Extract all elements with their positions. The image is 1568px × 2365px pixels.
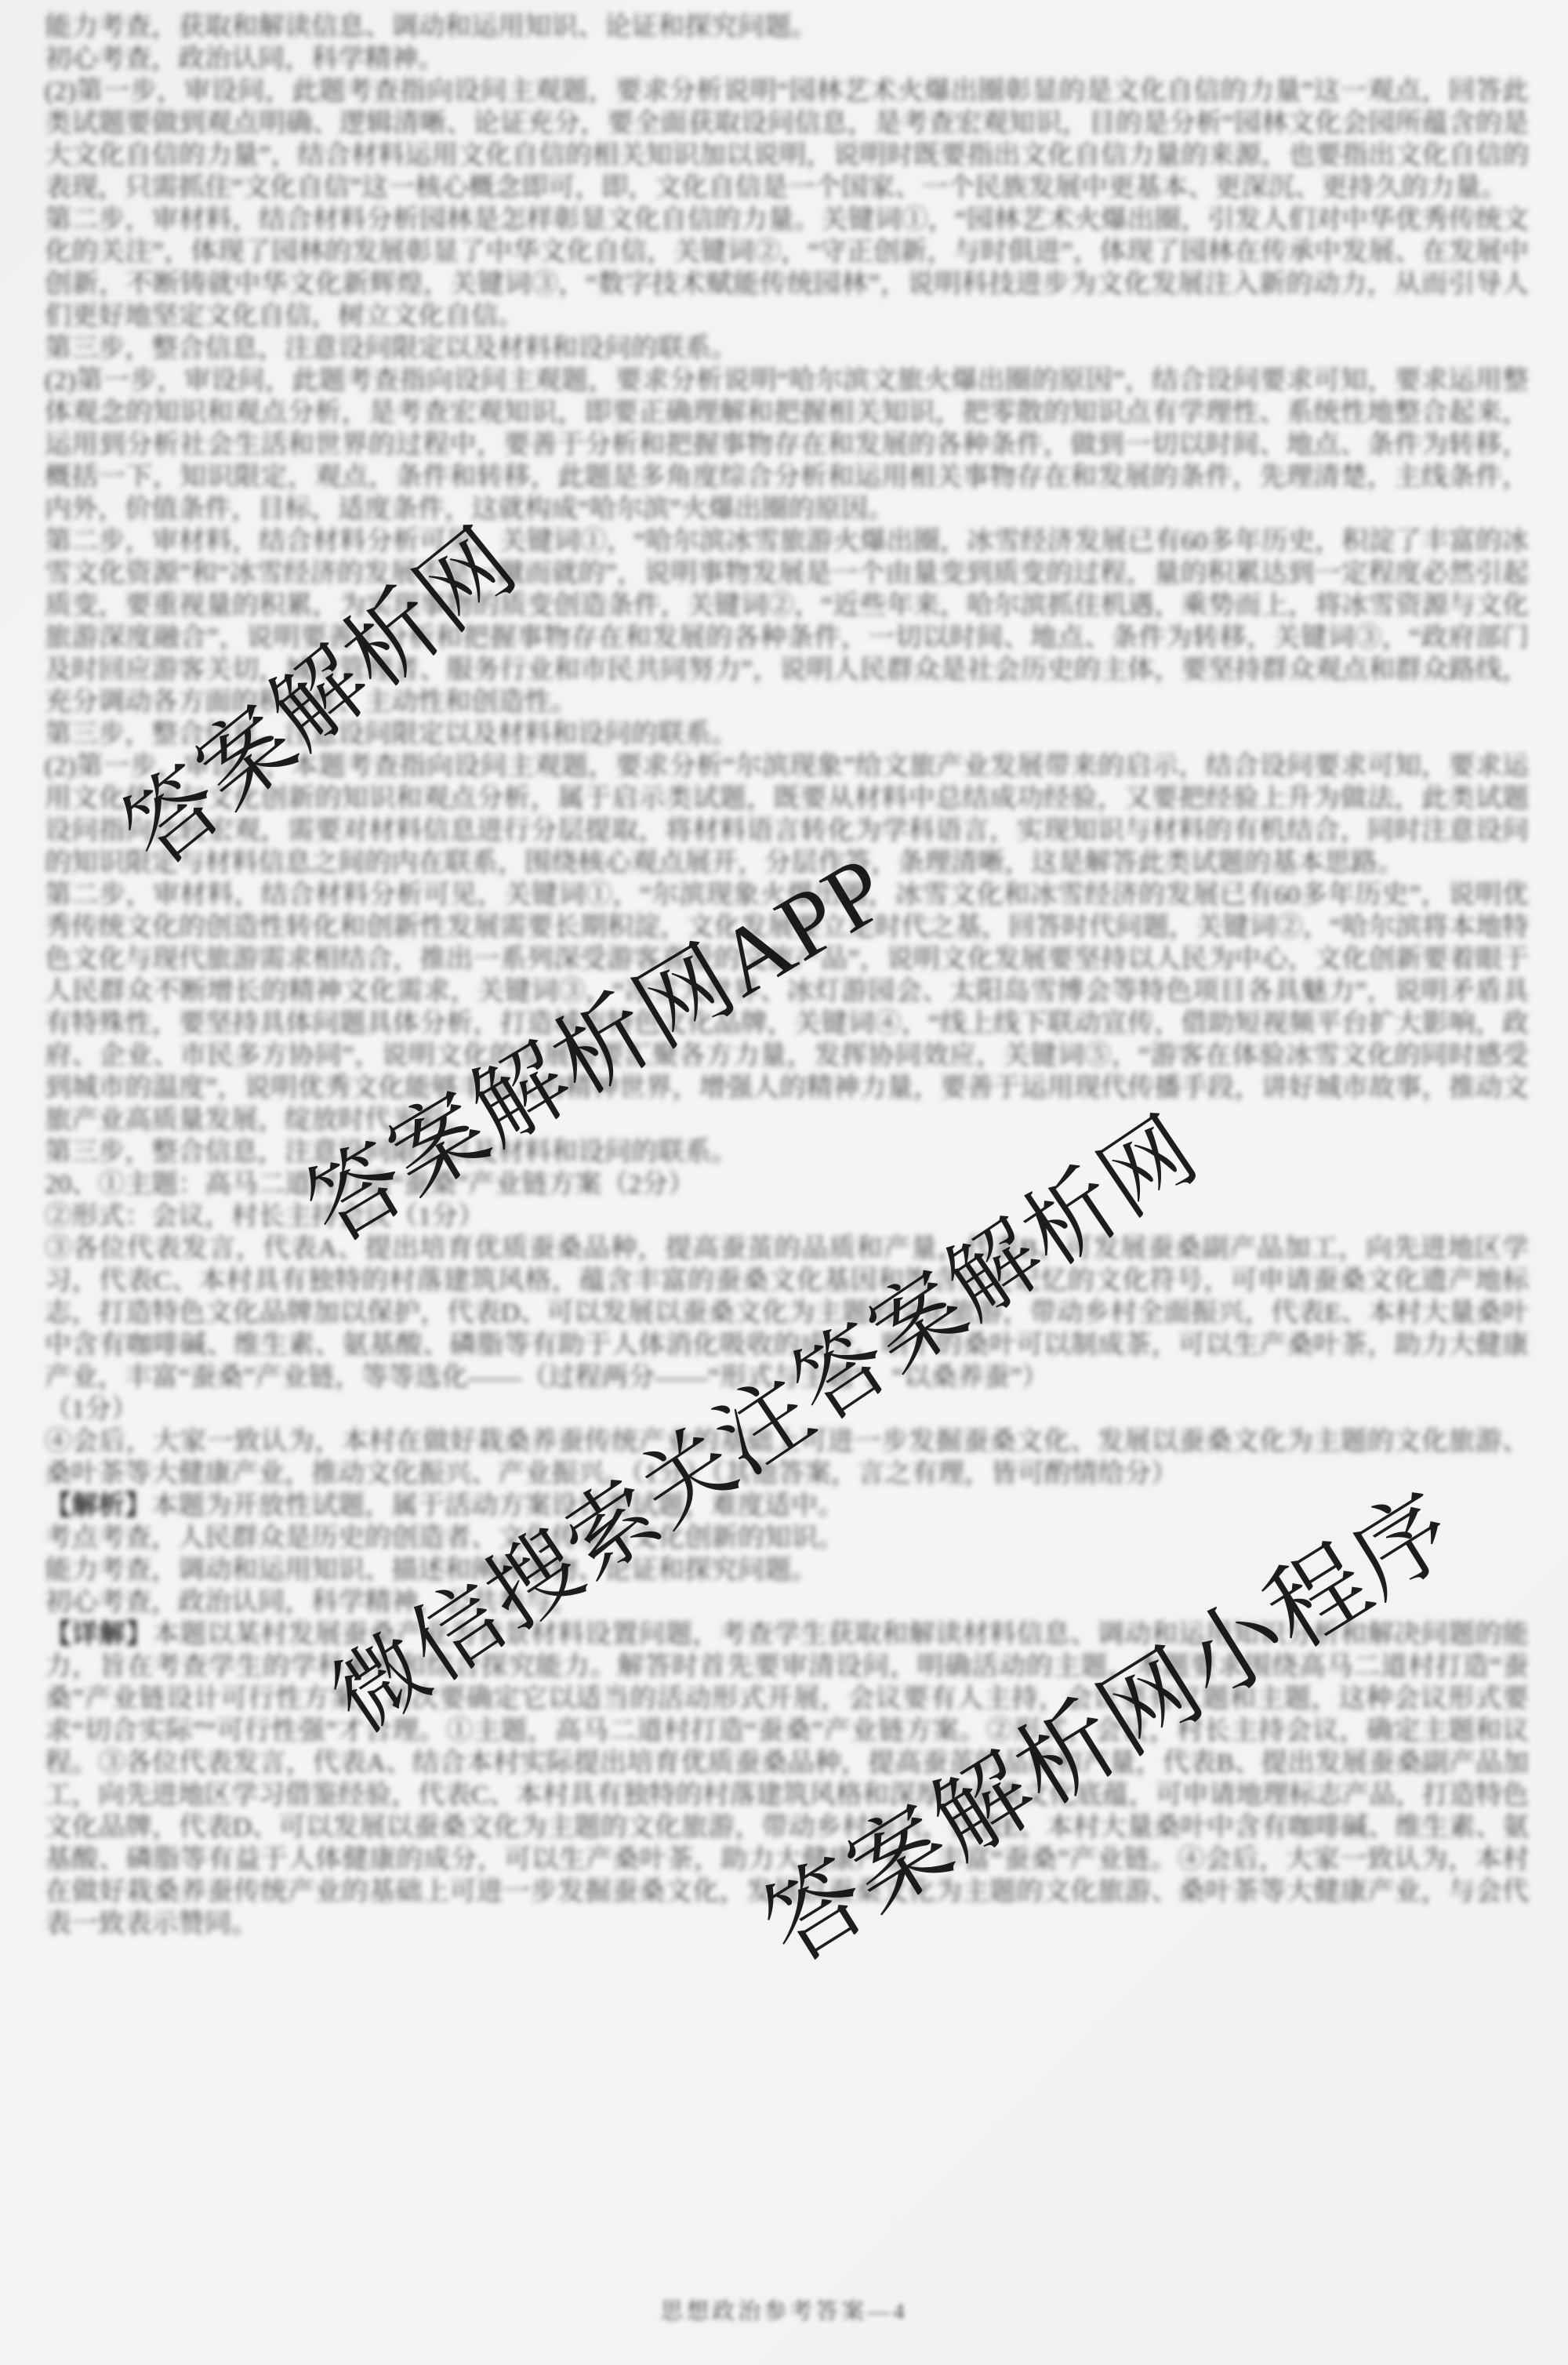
answer-paragraph: (2)第一步，审设问，此题考查指向设问主观题，要求分析说明“园林艺术火爆出圈彰显… xyxy=(45,75,1529,204)
answer-paragraph: 第三步，整合信息，注意设问限定以及材料和设问的联系。 xyxy=(45,1136,1529,1168)
answer-paragraph: 能力考查，获取和解读信息、调动和运用知识、论证和探究问题。 xyxy=(45,11,1529,43)
page-footer: 思想政治参考答案—4 xyxy=(0,2294,1568,2326)
answer-paragraph: ②形式：会议，村长主持会议（1分） xyxy=(45,1201,1529,1233)
answer-paragraph: 第三步，整合信息，注意设问限定以及材料和设问的联系。 xyxy=(45,332,1529,365)
section-label: 【解析】 xyxy=(45,1491,151,1520)
answer-paragraph: (2)第一步，审设问，此题考查指向设问主观题，要求分析说明“哈尔滨文旅火爆出圈的… xyxy=(45,365,1529,525)
answer-paragraph: 初心考查，政治认同，科学精神。 xyxy=(45,43,1529,75)
scanned-answer-page: 能力考查，获取和解读信息、调动和运用知识、论证和探究问题。初心考查，政治认同，科… xyxy=(0,0,1568,2365)
answer-paragraph: 第二步，审材料，结合材料分析园林是怎样彰显文化自信的力量。关键词①，“园林艺术火… xyxy=(45,204,1529,332)
answer-paragraph: 20、①主题：高马二道村打造“蚕桑”产业链方案（2分） xyxy=(45,1168,1529,1201)
section-label: 【详解】 xyxy=(45,1620,153,1649)
